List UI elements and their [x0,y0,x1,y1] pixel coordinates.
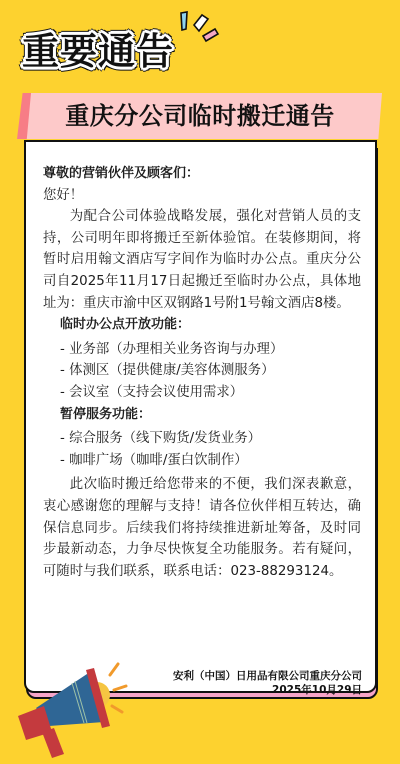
banner-title: 重庆分公司临时搬迁通告 [0,93,400,139]
salutation: 尊敬的营销伙伴及顾客们： [43,163,361,185]
paragraph-relocation: 为配合公司体验战略发展，强化对营销人员的支持，公司明年即将搬迁至新体验馆。在装修… [43,206,361,314]
signature-date: 2025年10月29日 [173,683,362,697]
notice-page: 重要通告 重庆分公司临时搬迁通告 尊敬的营销伙伴及顾客们： 您好！ 为配合公司体… [0,0,400,764]
list-item: - 体测区（提供健康/美容体测服务） [43,360,361,382]
notice-body: 尊敬的营销伙伴及顾客们： 您好！ 为配合公司体验战略发展，强化对营销人员的支持，… [43,163,361,582]
paused-functions-heading: 暂停服务功能： [43,404,361,426]
list-item: - 综合服务（线下购货/发货业务） [43,428,361,450]
list-item: - 业务部（办理相关业务咨询与办理） [43,339,361,361]
list-item: - 咖啡广场（咖啡/蛋白饮制作） [43,450,361,472]
headline: 重要通告 [22,33,174,70]
list-item: - 会议室（支持会议使用需求） [43,382,361,404]
megaphone-icon [14,650,134,760]
signature-company: 安利（中国）日用品有限公司重庆分公司 [173,669,362,683]
signature: 安利（中国）日用品有限公司重庆分公司 2025年10月29日 [173,669,362,697]
greeting: 您好！ [43,185,361,207]
paragraph-apology: 此次临时搬迁给您带来的不便，我们深表歉意，衷心感谢您的理解与支持！请各位伙伴相互… [43,474,361,582]
spark-lines-icon [178,10,224,46]
open-functions-heading: 临时办公点开放功能： [43,314,361,336]
